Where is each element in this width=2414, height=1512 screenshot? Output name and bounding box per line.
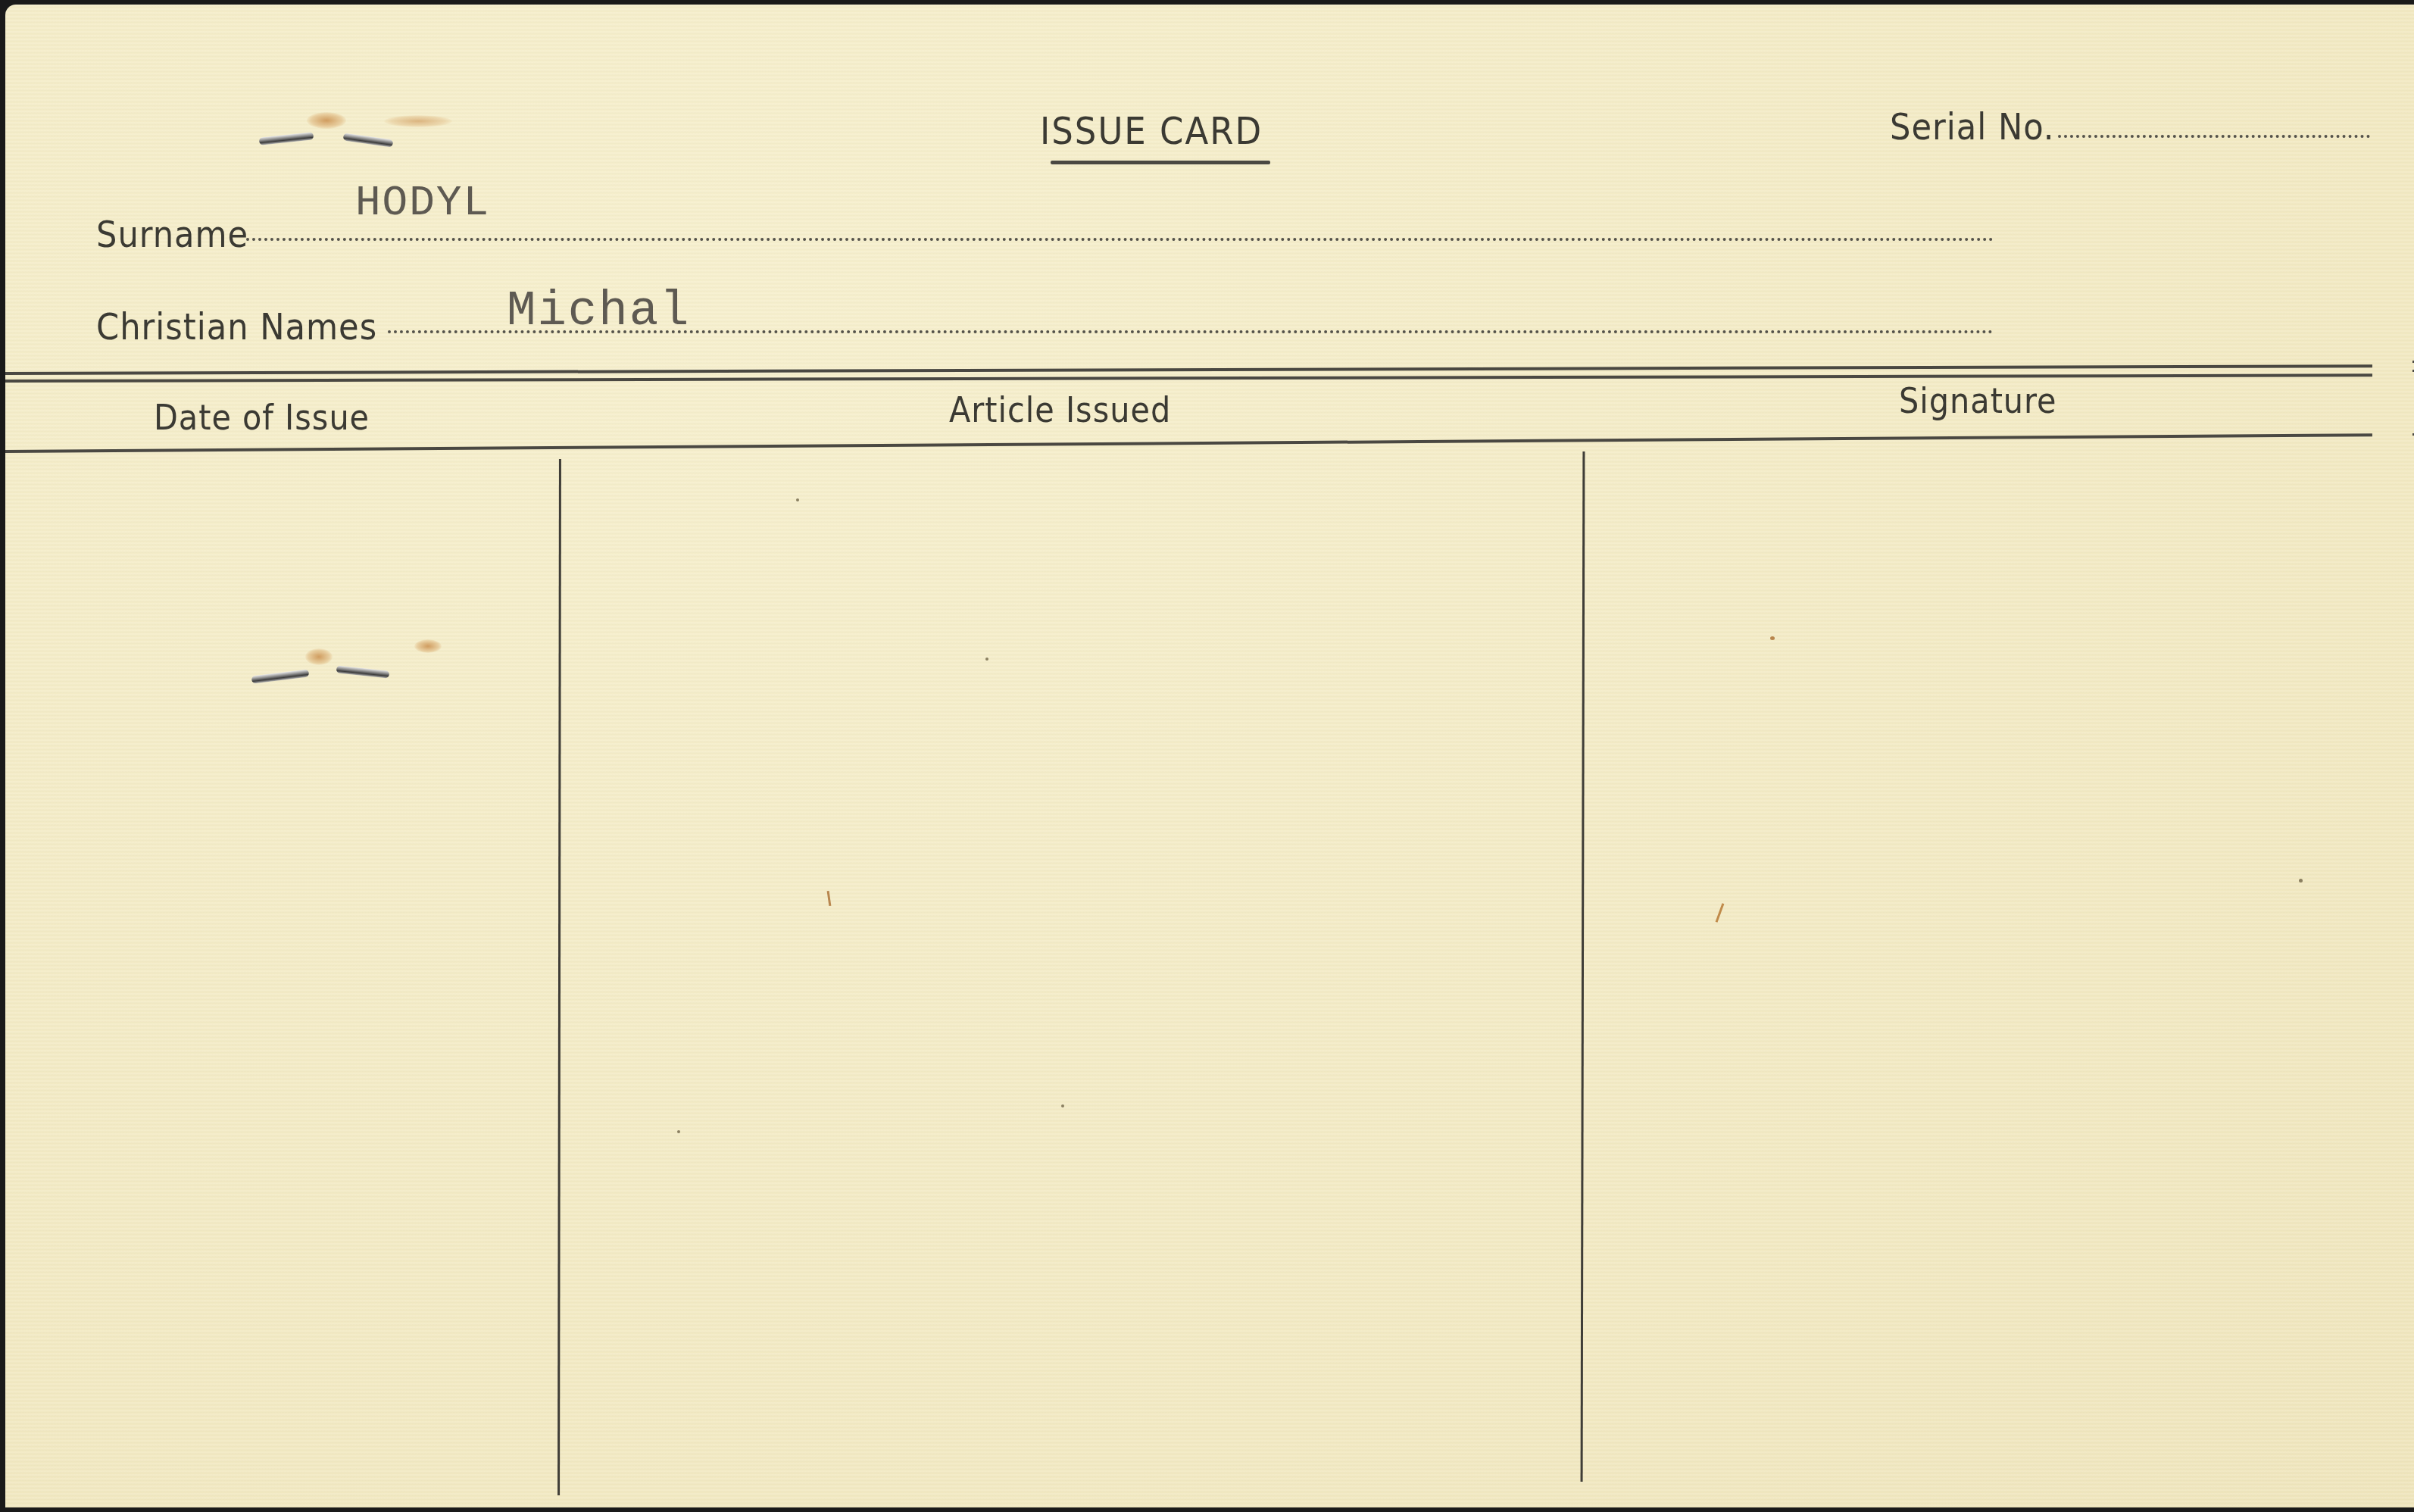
surname-field[interactable]: [246, 238, 1994, 241]
card-title: ISSUE CARD: [1040, 109, 1263, 153]
serial-no-label: Serial No.: [1890, 106, 2055, 148]
date-of-issue-column[interactable]: [11, 459, 556, 1489]
paper-speck: [2299, 879, 2303, 883]
article-issued-column[interactable]: [561, 459, 1580, 1489]
column-header-article-issued: Article Issued: [949, 389, 1171, 430]
header-rule-top: [5, 364, 2372, 375]
signature-column[interactable]: [1584, 459, 2372, 1489]
paper-speck: [677, 1130, 680, 1133]
staple-icon: [343, 133, 394, 147]
christian-names-field[interactable]: [388, 330, 1994, 333]
staple-icon: [259, 132, 314, 145]
surname-value: HODYL: [355, 179, 490, 227]
serial-no-field[interactable]: [2058, 135, 2370, 138]
paper-speck: [985, 658, 988, 661]
title-underline: [1051, 161, 1270, 164]
rust-stain: [384, 115, 452, 127]
issue-card: ISSUE CARD Serial No. HODYL Surname Mich…: [5, 5, 2414, 1507]
christian-names-label: Christian Names: [96, 306, 377, 348]
paper-speck: [1061, 1104, 1064, 1107]
surname-label: Surname: [96, 214, 248, 256]
rust-stain: [307, 112, 346, 129]
column-header-signature: Signature: [1899, 380, 2057, 421]
paper-speck: [1770, 636, 1775, 640]
column-header-date-of-issue: Date of Issue: [154, 397, 370, 438]
issue-entries-table: [11, 459, 2374, 1489]
paper-speck: [796, 498, 799, 501]
